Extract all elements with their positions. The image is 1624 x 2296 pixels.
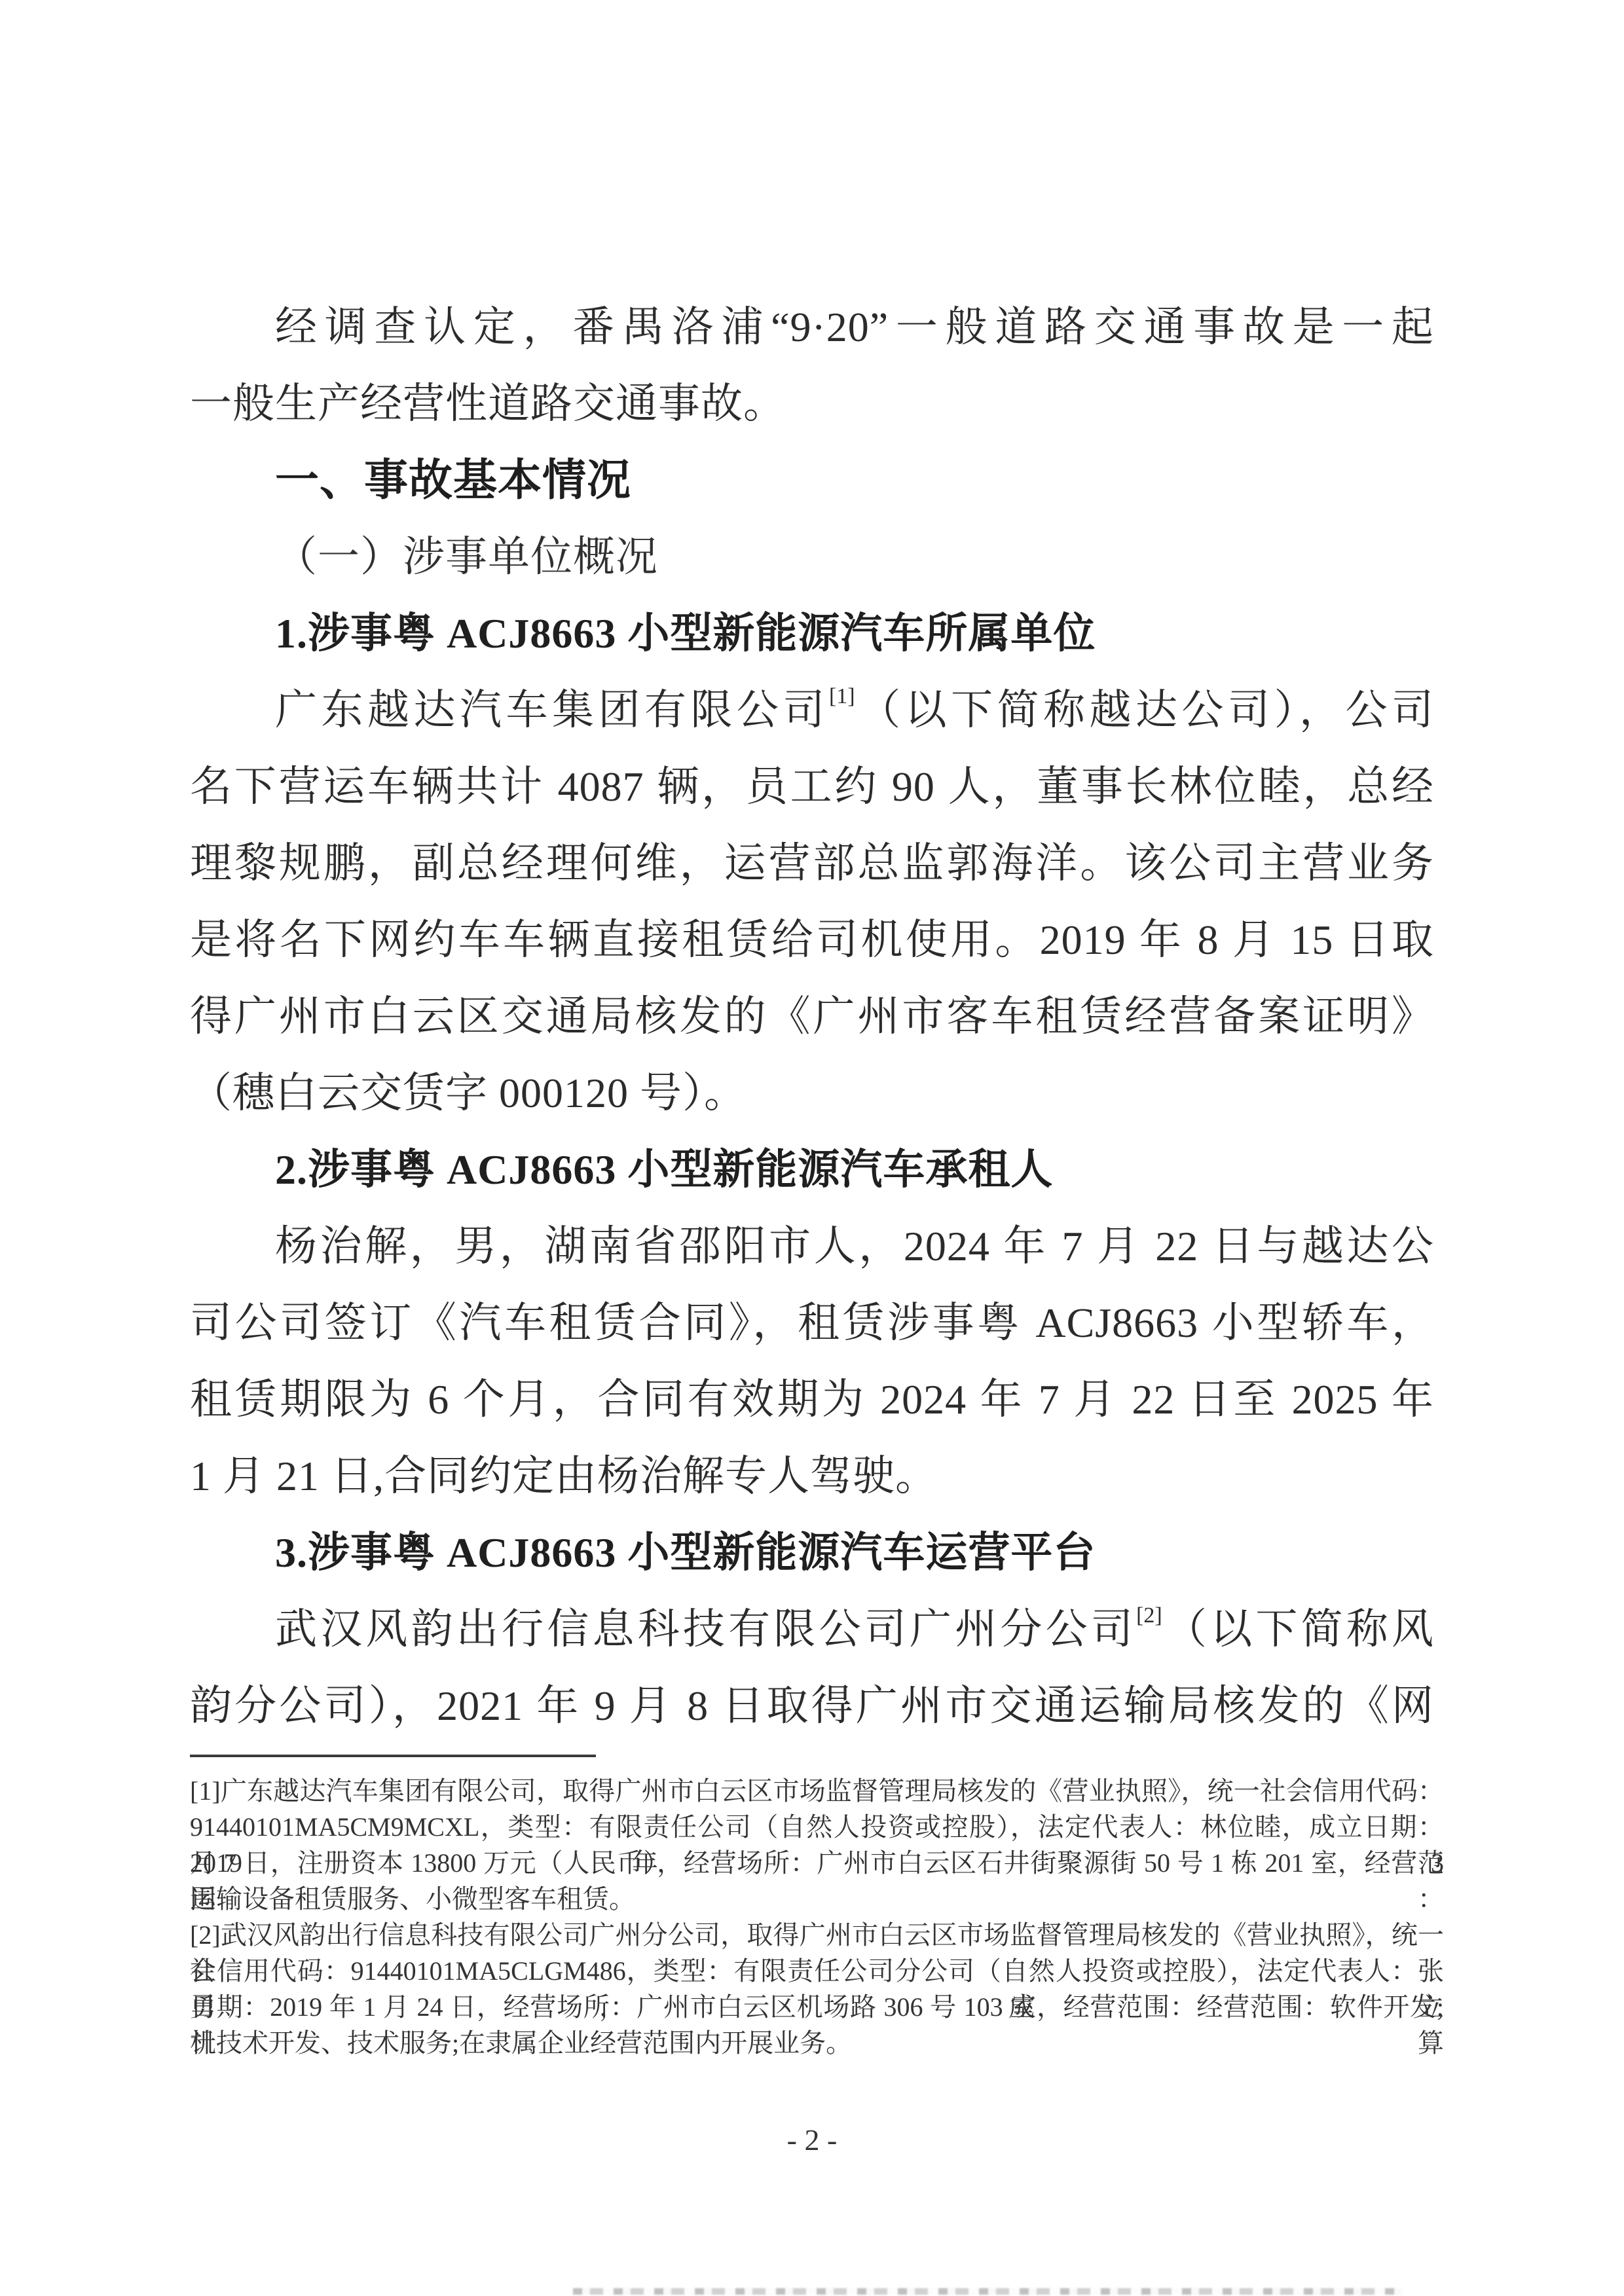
section-heading-level2: （一）涉事单位概况 <box>190 519 1434 595</box>
section3-line-2: 韵分公司），2021 年 9 月 8 日取得广州市交通运输局核发的《网 <box>190 1667 1434 1744</box>
footnote2-line-1: [2]武汉风韵出行信息科技有限公司广州分公司，取得广州市白云区市场监督管理局核发… <box>190 1917 1444 1953</box>
section3-line-1-post: （以下简称风 <box>1162 1606 1434 1652</box>
section3-line-1-pre: 武汉风韵出行信息科技有限公司广州分公司 <box>275 1606 1136 1652</box>
section1-line-1: 广东越达汽车集团有限公司[1]（以下简称越达公司），公司 <box>190 672 1434 748</box>
footnotes-block: [1]广东越达汽车集团有限公司，取得广州市白云区市场监督管理局核发的《营业执照》… <box>190 1755 1444 2061</box>
footnote2-line-3: 日期：2019 年 1 月 24 日，经营场所：广州市白云区机场路 306 号 … <box>190 1989 1444 2025</box>
scan-artifact <box>573 2288 1401 2295</box>
footnote1-line-1: [1]广东越达汽车集团有限公司，取得广州市白云区市场监督管理局核发的《营业执照》… <box>190 1773 1444 1809</box>
footnote-ref-1: [1] <box>829 684 855 708</box>
section1-line-1-pre: 广东越达汽车集团有限公司 <box>275 687 829 733</box>
footnote-ref-2: [2] <box>1136 1603 1162 1628</box>
section1-line-2: 名下营运车辆共计 4087 辆，员工约 90 人，董事长林位睦，总经 <box>190 748 1434 825</box>
section2-heading: 2.涉事粤 ACJ8663 小型新能源汽车承租人 <box>190 1131 1434 1208</box>
document-body: 经调查认定，番禺洛浦“9·20”一般道路交通事故是一起 一般生产经营性道路交通事… <box>190 289 1434 1744</box>
section1-line-4: 是将名下网约车车辆直接租赁给司机使用。2019 年 8 月 15 日取 <box>190 902 1434 978</box>
footnote1-line-2: 91440101MA5CM9MCXL，类型：有限责任公司（自然人投资或控股），法… <box>190 1809 1444 1845</box>
section2-line-1: 杨治解，男，湖南省邵阳市人，2024 年 7 月 22 日与越达公 <box>190 1208 1434 1285</box>
section2-line-4: 1 月 21 日,合同约定由杨治解专人驾驶。 <box>190 1438 1434 1514</box>
section1-line-1-post: （以下简称越达公司），公司 <box>855 687 1434 733</box>
section-heading-level1: 一、事故基本情况 <box>190 442 1434 519</box>
section1-line-5: 得广州市白云区交通局核发的《广州市客车租赁经营备案证明》 <box>190 978 1434 1055</box>
intro-line-1: 经调查认定，番禺洛浦“9·20”一般道路交通事故是一起 <box>190 289 1434 365</box>
section1-heading: 1.涉事粤 ACJ8663 小型新能源汽车所属单位 <box>190 595 1434 672</box>
section3-line-1: 武汉风韵出行信息科技有限公司广州分公司[2]（以下简称风 <box>190 1591 1434 1667</box>
intro-line-2: 一般生产经营性道路交通事故。 <box>190 365 1434 442</box>
section1-line-6: （穗白云交赁字 000120 号）。 <box>190 1055 1434 1131</box>
section1-line-3: 理黎规鹏，副总经理何维，运营部总监郭海洋。该公司主营业务 <box>190 825 1434 902</box>
footnote-separator <box>190 1755 596 1757</box>
section3-heading: 3.涉事粤 ACJ8663 小型新能源汽车运营平台 <box>190 1514 1434 1591</box>
section2-line-3: 租赁期限为 6 个月，合同有效期为 2024 年 7 月 22 日至 2025 … <box>190 1361 1434 1438</box>
footnote1-line-3: 月 7 日，注册资本 13800 万元（人民币），经营场所：广州市白云区石井街聚… <box>190 1845 1444 1881</box>
section2-line-2: 司公司签订《汽车租赁合同》，租赁涉事粤 ACJ8663 小型轿车， <box>190 1285 1434 1361</box>
page-number: - 2 - <box>0 2120 1624 2160</box>
footnote2-line-2: 会信用代码：91440101MA5CLGM486，类型：有限责任公司分公司（自然… <box>190 1953 1444 1989</box>
document-page: 经调查认定，番禺洛浦“9·20”一般道路交通事故是一起 一般生产经营性道路交通事… <box>0 0 1624 2296</box>
